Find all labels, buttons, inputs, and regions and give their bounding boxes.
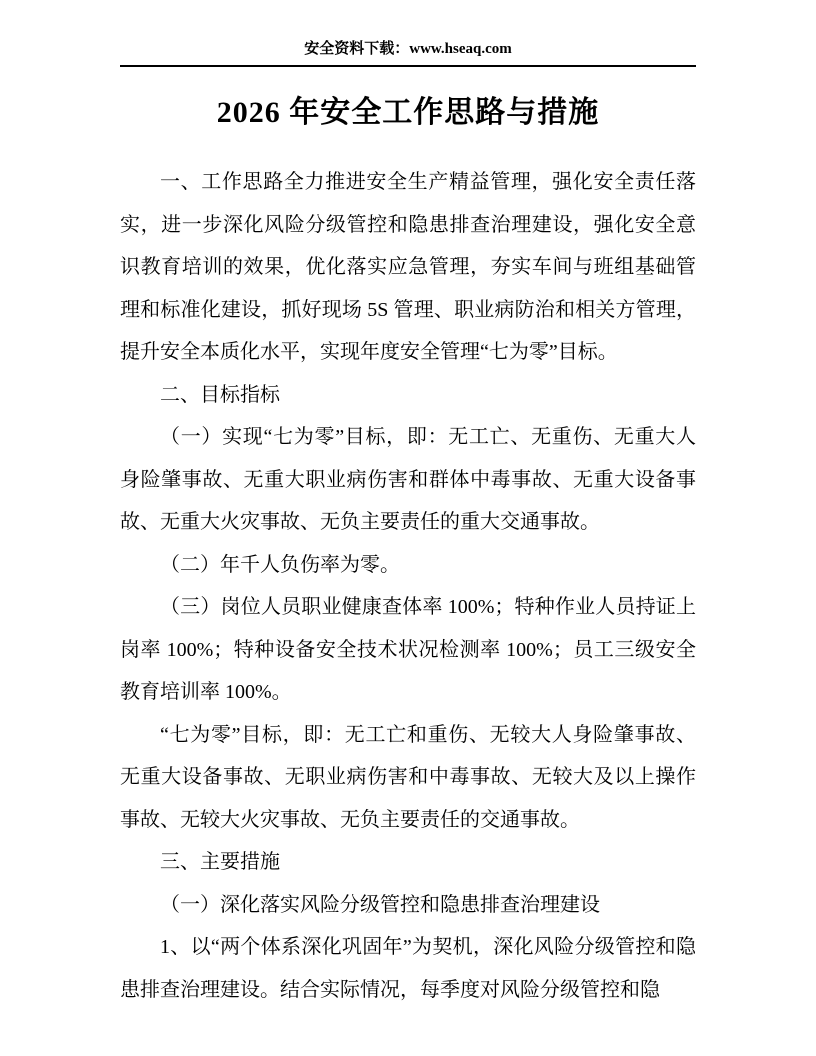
header-download-text: 安全资料下载：www.hseaq.com (304, 41, 512, 57)
document-body: 一、工作思路全力推进安全生产精益管理，强化安全责任落实，进一步深化风险分级管控和… (120, 133, 696, 1011)
heading-risk-control-construction: （一）深化落实风险分级管控和隐患排查治理建设 (120, 884, 696, 927)
paragraph-two-systems: 1、以“两个体系深化巩固年”为契机，深化风险分级管控和隐患排查治理建设。结合实际… (120, 926, 696, 1011)
paragraph-work-plan: 一、工作思路全力推进安全生产精益管理，强化安全责任落实，进一步深化风险分级管控和… (120, 161, 696, 374)
document-page: 安全资料下载：www.hseaq.com 2026 年安全工作思路与措施 一、工… (0, 0, 816, 1056)
paragraph-seven-zero-definition: “七为零”目标，即：无工亡和重伤、无较大人身险肇事故、无重大设备事故、无职业病伤… (120, 714, 696, 842)
page-header: 安全资料下载：www.hseaq.com (120, 40, 696, 67)
heading-goals-indicators: 二、目标指标 (120, 374, 696, 417)
paragraph-goal-seven-zero: （一）实现“七为零”目标，即：无工亡、无重伤、无重大人身险肇事故、无重大职业病伤… (120, 416, 696, 544)
document-title: 2026 年安全工作思路与措施 (120, 93, 696, 133)
paragraph-injury-rate: （二）年千人负伤率为零。 (120, 544, 696, 587)
paragraph-rates-100-percent: （三）岗位人员职业健康查体率 100%；特种作业人员持证上岗率 100%；特种设… (120, 586, 696, 714)
heading-main-measures: 三、主要措施 (120, 841, 696, 884)
